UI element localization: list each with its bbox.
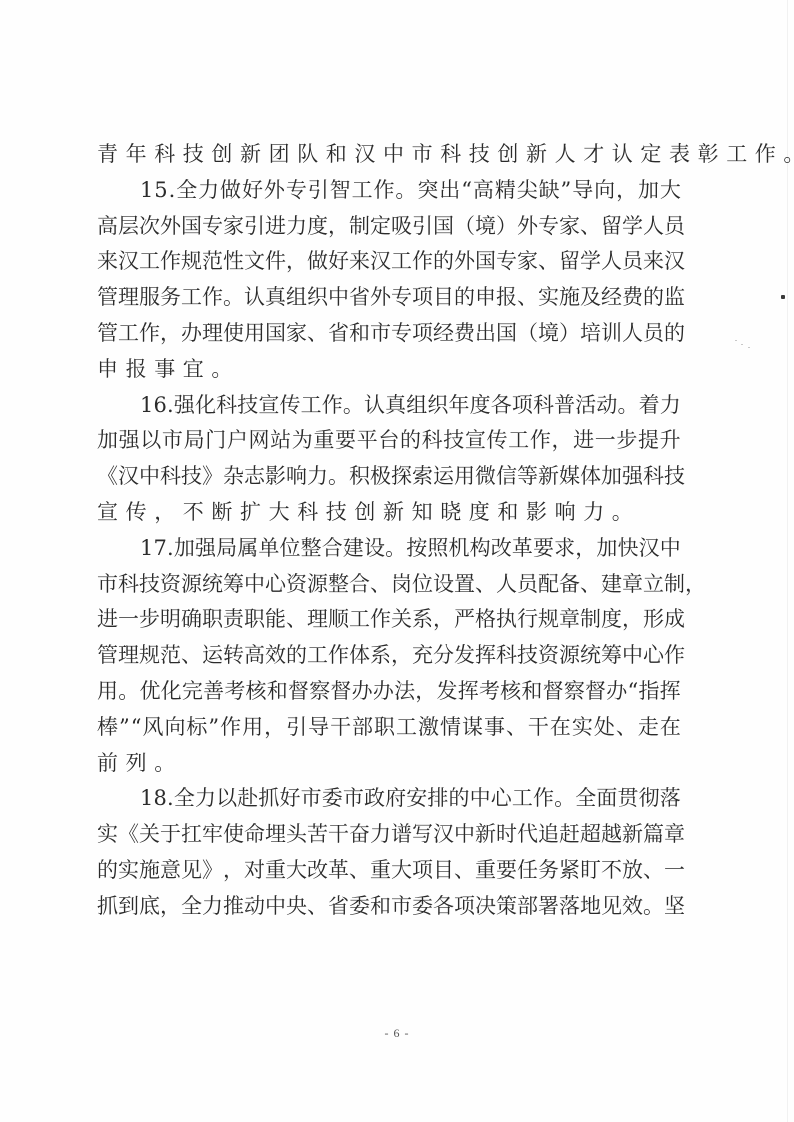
paragraph-17-heading-line: 17.加强局属单位整合建设。按照机构改革要求，加快汉中 xyxy=(97,531,681,567)
text-line: 宣传，不断扩大科技创新知晓度和影响力。 xyxy=(97,495,681,531)
text-line: 管理服务工作。认真组织中省外专项目的申报、实施及经费的监 xyxy=(97,280,681,316)
text-line: 加强以市局门户网站为重要平台的科技宣传工作，进一步提升 xyxy=(97,423,681,459)
text-line: 进一步明确职责职能、理顺工作关系，严格执行规章制度，形成 xyxy=(97,602,681,638)
text-line: 申报事宜。 xyxy=(97,352,681,388)
text-line: 《汉中科技》杂志影响力。积极探索运用微信等新媒体加强科技 xyxy=(97,459,681,495)
scan-artifact-dot xyxy=(781,295,785,299)
text-line: 来汉工作规范性文件，做好来汉工作的外国专家、留学人员来汉 xyxy=(97,244,681,280)
page-number: - 6 - xyxy=(0,1026,794,1041)
paragraph-15-heading-line: 15.全力做好外专引智工作。突出“高精尖缺”导向，加大 xyxy=(97,173,681,209)
scan-edge-line xyxy=(787,0,788,1122)
scan-artifact-speck xyxy=(748,347,750,348)
text-line: 管理规范、运转高效的工作体系，充分发挥科技资源统筹中心作 xyxy=(97,638,681,674)
text-line: 的实施意见》，对重大改革、重大项目、重要任务紧盯不放、一 xyxy=(97,853,681,889)
scan-artifact-speck xyxy=(735,340,737,341)
text-line: 实《关于扛牢使命埋头苦干奋力谱写汉中新时代追赶超越新篇章 xyxy=(97,817,681,853)
text-line: 高层次外国专家引进力度，制定吸引国（境）外专家、留学人员 xyxy=(97,209,681,245)
text-line: 青年科技创新团队和汉中市科技创新人才认定表彰工作。 xyxy=(97,137,681,173)
text-line: 市科技资源统筹中心资源整合、岗位设置、人员配备、建章立制， xyxy=(97,567,681,603)
scan-artifact-speck xyxy=(741,344,743,345)
text-line: 前列。 xyxy=(97,746,681,782)
text-line: 棒”“风向标”作用，引导干部职工激情谋事、干在实处、走在 xyxy=(97,710,681,746)
document-page: 青年科技创新团队和汉中市科技创新人才认定表彰工作。 15.全力做好外专引智工作。… xyxy=(0,0,794,1122)
text-line: 用。优化完善考核和督察督办办法，发挥考核和督察督办“指挥 xyxy=(97,674,681,710)
text-line: 管工作，办理使用国家、省和市专项经费出国（境）培训人员的 xyxy=(97,316,681,352)
text-line: 抓到底，全力推动中央、省委和市委各项决策部署落地见效。坚 xyxy=(97,889,681,925)
paragraph-18-heading-line: 18.全力以赴抓好市委市政府安排的中心工作。全面贯彻落 xyxy=(97,781,681,817)
body-text: 青年科技创新团队和汉中市科技创新人才认定表彰工作。 15.全力做好外专引智工作。… xyxy=(97,137,681,925)
paragraph-16-heading-line: 16.强化科技宣传工作。认真组织年度各项科普活动。着力 xyxy=(97,388,681,424)
